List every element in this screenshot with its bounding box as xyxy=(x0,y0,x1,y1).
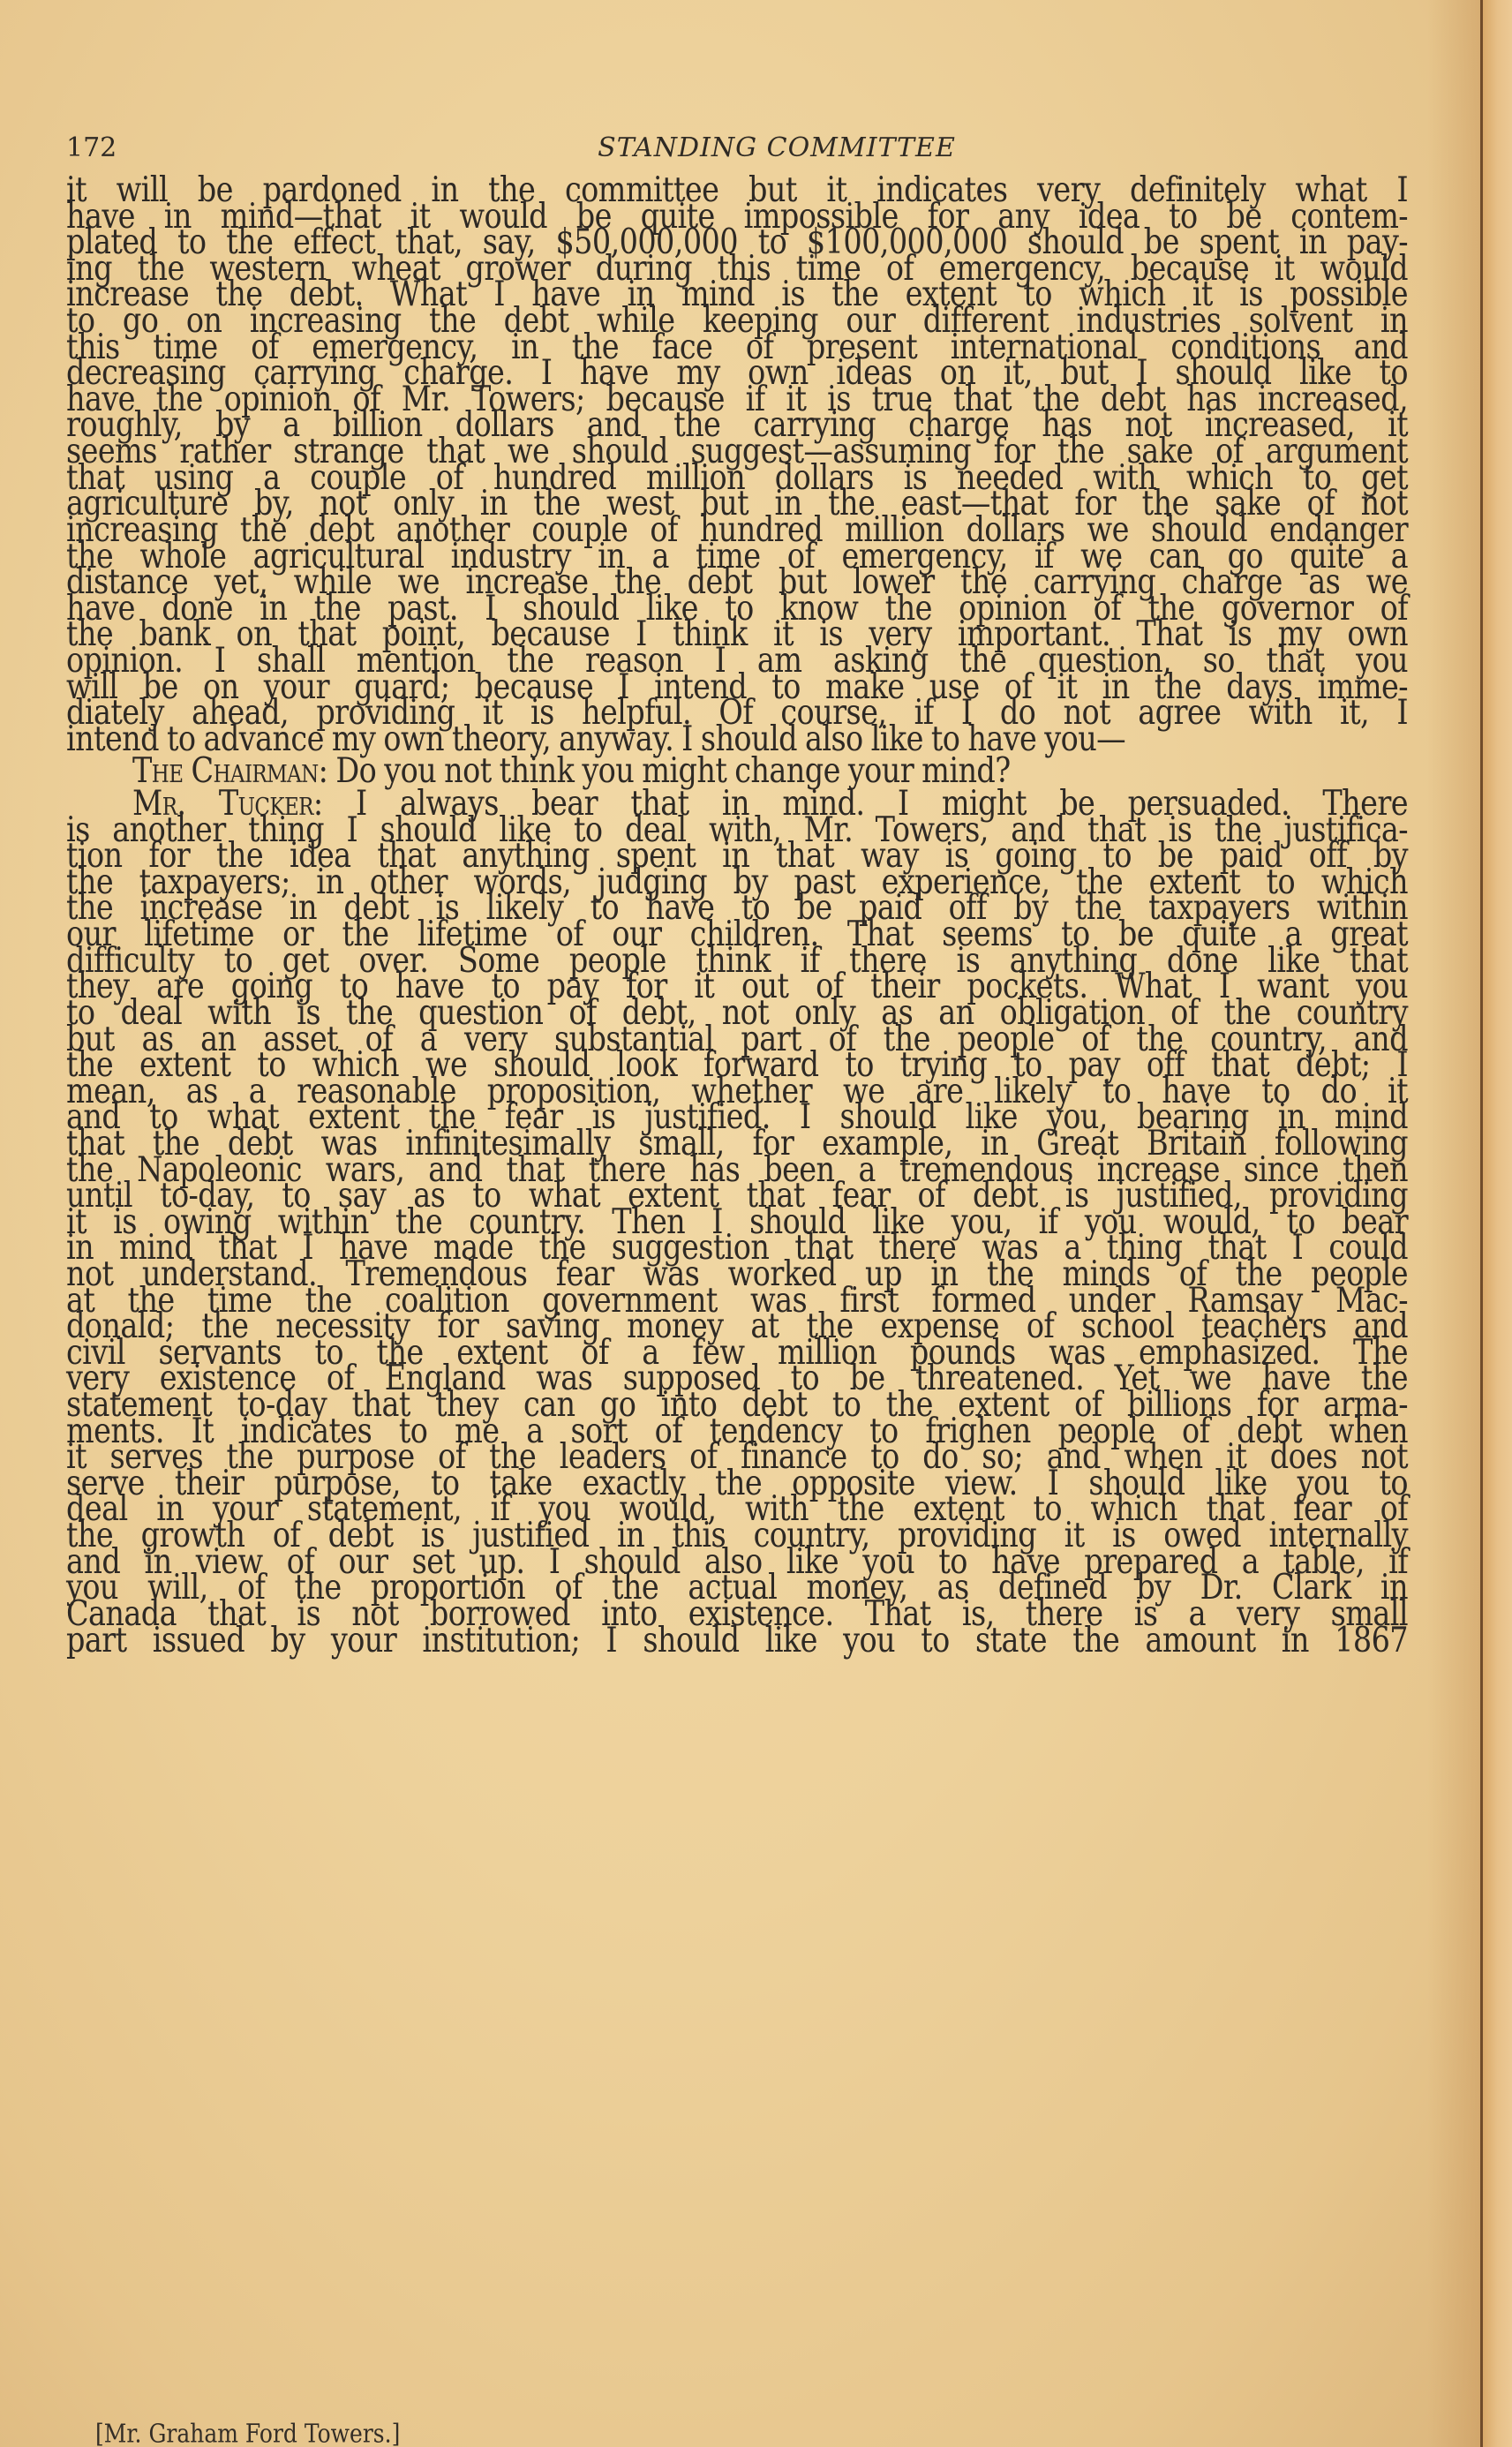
page-header: 172 STANDING COMMITTEE xyxy=(66,132,1408,168)
body-text: it will be pardoned in the committee but… xyxy=(66,177,1408,1653)
footnote-speaker-reference: [Mr. Graham Ford Towers.] xyxy=(95,2419,400,2447)
running-head: STANDING COMMITTEE xyxy=(66,132,1408,163)
text-line: part issued by your institution; I shoul… xyxy=(66,1624,1408,1655)
facing-page-edge xyxy=(1483,0,1512,2447)
